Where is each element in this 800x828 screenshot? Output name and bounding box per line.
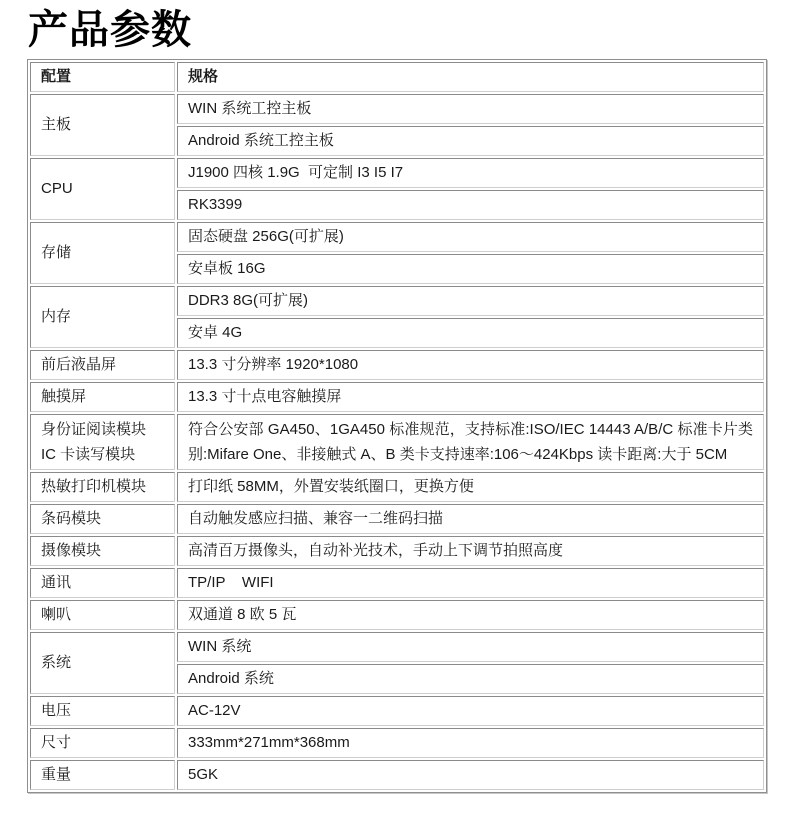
row-system: 系统 WIN 系统	[30, 632, 764, 662]
spec-label-printer: 热敏打印机模块	[30, 472, 175, 502]
spec-value-storage-android: 安卓板 16G	[177, 254, 764, 284]
spec-value-speaker: 双通道 8 欧 5 瓦	[177, 600, 764, 630]
spec-label-speaker: 喇叭	[30, 600, 175, 630]
row-lcd: 前后液晶屏 13.3 寸分辨率 1920*1080	[30, 350, 764, 380]
spec-value-weight: 5GK	[177, 760, 764, 790]
row-storage: 存储 固态硬盘 256G(可扩展)	[30, 222, 764, 252]
row-speaker: 喇叭 双通道 8 欧 5 瓦	[30, 600, 764, 630]
row-barcode: 条码模块 自动触发感应扫描、兼容一二维码扫描	[30, 504, 764, 534]
spec-value-dimensions: 333mm*271mm*368mm	[177, 728, 764, 758]
column-header-config: 配置	[30, 62, 175, 92]
spec-value-camera: 高清百万摄像头，自动补光技术，手动上下调节拍照高度	[177, 536, 764, 566]
spec-label-voltage: 电压	[30, 696, 175, 726]
spec-value-memory-android: 安卓 4G	[177, 318, 764, 348]
row-network: 通讯 TP/IP WIFI	[30, 568, 764, 598]
row-camera: 摄像模块 高清百万摄像头，自动补光技术，手动上下调节拍照高度	[30, 536, 764, 566]
row-dimensions: 尺寸 333mm*271mm*368mm	[30, 728, 764, 758]
spec-value-printer: 打印纸 58MM，外置安装纸圈口，更换方便	[177, 472, 764, 502]
page-title: 产品参数	[28, 8, 800, 52]
spec-label-idcard-module: 身份证阅读模块 IC 卡读写模块	[30, 414, 175, 470]
row-touchscreen: 触摸屏 13.3 寸十点电容触摸屏	[30, 382, 764, 412]
spec-label-dimensions: 尺寸	[30, 728, 175, 758]
spec-label-cpu: CPU	[30, 158, 175, 220]
spec-label-idcard-line1: 身份证阅读模块	[41, 417, 164, 442]
row-weight: 重量 5GK	[30, 760, 764, 790]
spec-label-barcode: 条码模块	[30, 504, 175, 534]
spec-value-barcode: 自动触发感应扫描、兼容一二维码扫描	[177, 504, 764, 534]
spec-label-idcard-line2: IC 卡读写模块	[41, 442, 164, 467]
spec-value-idcard-module: 符合公安部 GA450、1GA450 标准规范，支持标准:ISO/IEC 144…	[177, 414, 764, 470]
spec-label-network: 通讯	[30, 568, 175, 598]
spec-value-cpu-win: J1900 四核 1.9G 可定制 I3 I5 I7	[177, 158, 764, 188]
spec-label-touchscreen: 触摸屏	[30, 382, 175, 412]
column-header-spec: 规格	[177, 62, 764, 92]
spec-label-lcd: 前后液晶屏	[30, 350, 175, 380]
spec-label-mainboard: 主板	[30, 94, 175, 156]
row-mainboard: 主板 WIN 系统工控主板	[30, 94, 764, 124]
spec-value-memory-ddr3: DDR3 8G(可扩展)	[177, 286, 764, 316]
spec-value-storage-ssd: 固态硬盘 256G(可扩展)	[177, 222, 764, 252]
spec-label-weight: 重量	[30, 760, 175, 790]
row-voltage: 电压 AC-12V	[30, 696, 764, 726]
spec-value-network: TP/IP WIFI	[177, 568, 764, 598]
spec-label-camera: 摄像模块	[30, 536, 175, 566]
row-idcard-module: 身份证阅读模块 IC 卡读写模块 符合公安部 GA450、1GA450 标准规范…	[30, 414, 764, 470]
spec-value-touchscreen: 13.3 寸十点电容触摸屏	[177, 382, 764, 412]
spec-value-system-win: WIN 系统	[177, 632, 764, 662]
spec-value-mainboard-win: WIN 系统工控主板	[177, 94, 764, 124]
row-cpu: CPU J1900 四核 1.9G 可定制 I3 I5 I7	[30, 158, 764, 188]
spec-label-memory: 内存	[30, 286, 175, 348]
spec-label-storage: 存储	[30, 222, 175, 284]
spec-value-cpu-android: RK3399	[177, 190, 764, 220]
spec-value-voltage: AC-12V	[177, 696, 764, 726]
header-row: 配置 规格	[30, 62, 764, 92]
spec-value-system-android: Android 系统	[177, 664, 764, 694]
spec-value-lcd: 13.3 寸分辨率 1920*1080	[177, 350, 764, 380]
spec-label-system: 系统	[30, 632, 175, 694]
product-spec-page: 产品参数 配置 规格 主板 WIN 系统工控主板 Android 系统工控主板 …	[0, 0, 800, 828]
row-printer: 热敏打印机模块 打印纸 58MM，外置安装纸圈口，更换方便	[30, 472, 764, 502]
row-memory: 内存 DDR3 8G(可扩展)	[30, 286, 764, 316]
spec-table: 配置 规格 主板 WIN 系统工控主板 Android 系统工控主板 CPU J…	[27, 59, 767, 793]
spec-value-mainboard-android: Android 系统工控主板	[177, 126, 764, 156]
